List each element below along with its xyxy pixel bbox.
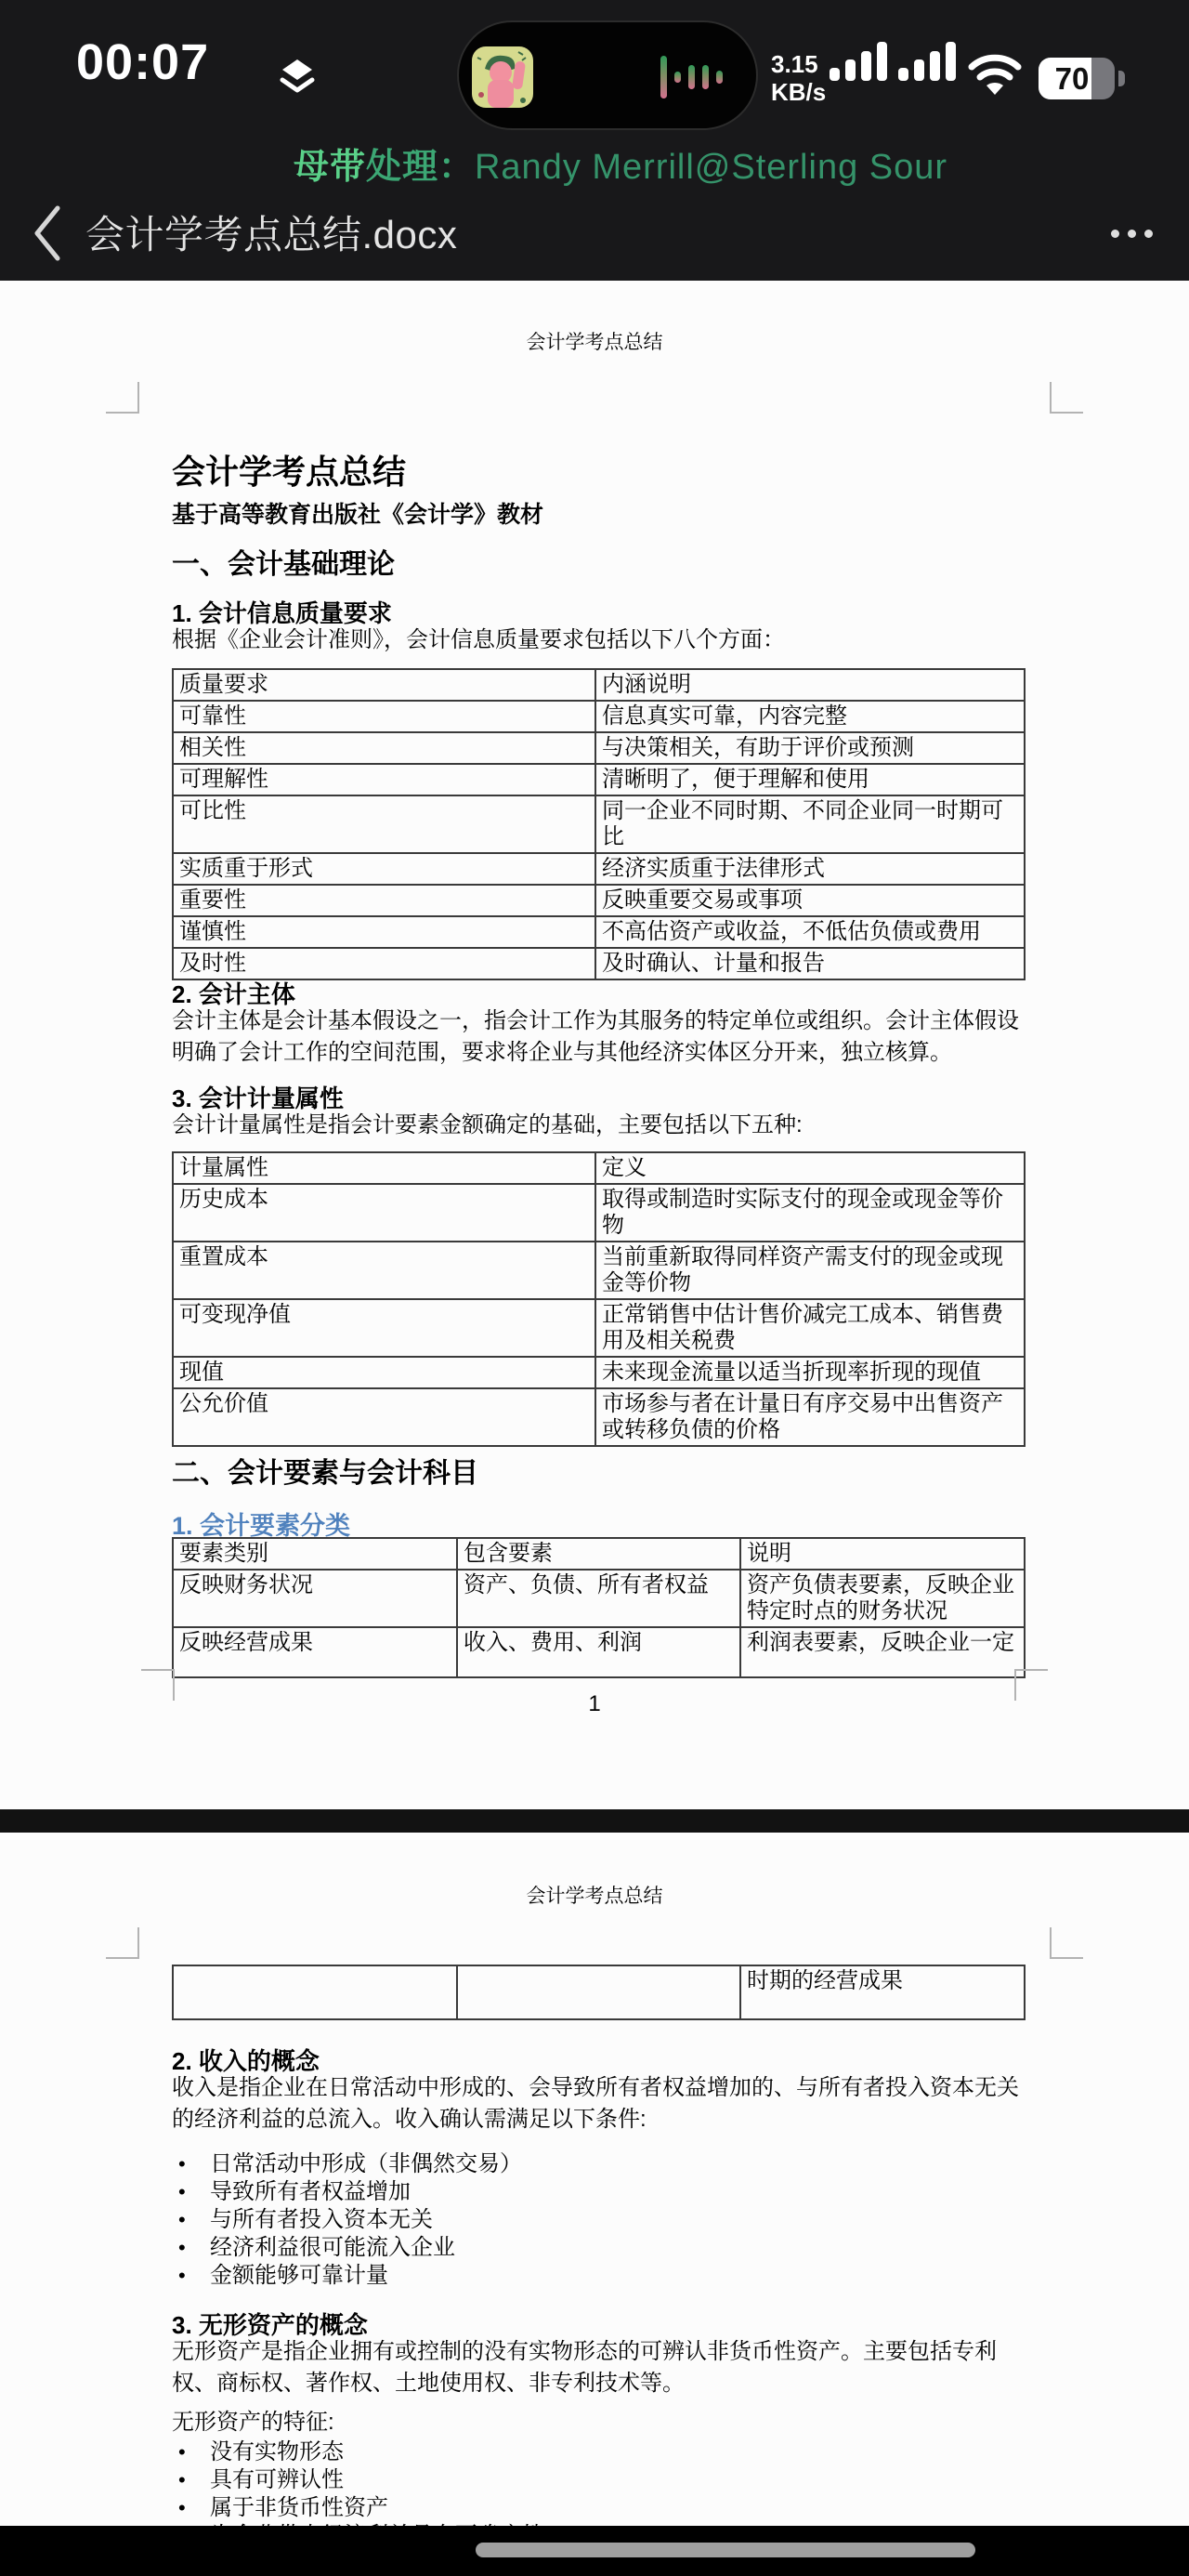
battery-percent-label: 70 bbox=[1039, 58, 1105, 99]
table-cell: 可理解性 bbox=[173, 764, 595, 795]
bullet-dot: • bbox=[178, 2206, 210, 2234]
table-cell: 反映重要交易或事项 bbox=[595, 885, 1025, 916]
table-cell: 质量要求 bbox=[173, 669, 595, 701]
table-cell: 现值 bbox=[173, 1357, 595, 1388]
bullet-dot: • bbox=[178, 2466, 210, 2494]
bottom-bar bbox=[0, 2526, 1189, 2576]
table-row: 质量要求内涵说明 bbox=[173, 669, 1025, 701]
running-header-page2: 会计学考点总结 bbox=[0, 1881, 1189, 1909]
list-item-text: 属于非货币性资产 bbox=[210, 2494, 388, 2522]
paragraph-revenue: 收入是指企业在日常活动中形成的、会导致所有者权益增加的、与所有者投入资本无关的经… bbox=[172, 2072, 1024, 2136]
measurement-attributes-table: 计量属性定义历史成本取得或制造时实际支付的现金或现金等价物重置成本当前重新取得同… bbox=[172, 1151, 1026, 1447]
list-item-text: 没有实物形态 bbox=[210, 2438, 344, 2466]
table-row: 可比性同一企业不同时期、不同企业同一时期可比 bbox=[173, 795, 1025, 853]
more-options-button[interactable] bbox=[1098, 210, 1165, 256]
table-cell: 取得或制造时实际支付的现金或现金等价物 bbox=[595, 1184, 1025, 1242]
table-cell: 相关性 bbox=[173, 732, 595, 764]
status-and-nav-area: 00:07 bbox=[0, 0, 1189, 281]
revenue-conditions-list: •日常活动中形成（非偶然交易）•导致所有者权益增加•与所有者投入资本无关•经济利… bbox=[178, 2150, 1024, 2290]
signal-bars-sim2-icon bbox=[898, 0, 956, 110]
list-item: •经济利益很可能流入企业 bbox=[178, 2234, 1024, 2262]
intangible-features-list: •没有实物形态•具有可辨认性•属于非货币性资产•为企业带来经济利益具有不确定性 bbox=[178, 2438, 1024, 2526]
paragraph-intangible: 无形资产是指企业拥有或控制的没有实物形态的可辨认非货币性资产。主要包括专利权、商… bbox=[172, 2336, 1024, 2399]
page-break-gap bbox=[0, 1809, 1189, 1833]
list-item-text: 经济利益很可能流入企业 bbox=[210, 2234, 455, 2262]
home-indicator[interactable] bbox=[476, 2543, 975, 2557]
table-cell: 实质重于形式 bbox=[173, 853, 595, 885]
marquee-segment-3: Randy Merrill@Sterling Sour bbox=[475, 148, 947, 187]
table-cell: 时期的经营成果 bbox=[740, 1965, 1025, 2019]
table-row: 公允价值市场参与者在计量日有序交易中出售资产或转移负债的价格 bbox=[173, 1388, 1025, 1446]
table-cell: 信息真实可靠，内容完整 bbox=[595, 701, 1025, 732]
table-cell: 资产、负债、所有者权益 bbox=[457, 1570, 740, 1627]
list-item: •金额能够可靠计量 bbox=[178, 2262, 1024, 2290]
table-row: 谨慎性不高估资产或收益，不低估负债或费用 bbox=[173, 916, 1025, 948]
marquee-segment-1: 母带 bbox=[294, 148, 366, 187]
elements-table-continued: 时期的经营成果 bbox=[172, 1965, 1026, 2020]
crop-mark-top-left bbox=[106, 382, 139, 414]
ellipsis-icon bbox=[1111, 230, 1119, 238]
table-cell: 及时确认、计量和报告 bbox=[595, 948, 1025, 979]
table-row: 及时性及时确认、计量和报告 bbox=[173, 948, 1025, 979]
table-row: 重要性反映重要交易或事项 bbox=[173, 885, 1025, 916]
table-cell: 当前重新取得同样资产需支付的现金或现金等价物 bbox=[595, 1242, 1025, 1299]
crop-mark-top-right-p2 bbox=[1050, 1927, 1083, 1959]
table-cell: 计量属性 bbox=[173, 1152, 595, 1184]
doc-title: 会计学考点总结 bbox=[172, 446, 406, 493]
table-row: 可理解性清晰明了，便于理解和使用 bbox=[173, 764, 1025, 795]
table-row: 反映经营成果收入、费用、利润利润表要素，反映企业一定 bbox=[173, 1627, 1025, 1677]
table-cell: 正常销售中估计售价减完工成本、销售费用及相关税费 bbox=[595, 1299, 1025, 1357]
list-item: •属于非货币性资产 bbox=[178, 2494, 1024, 2522]
album-art bbox=[472, 46, 533, 108]
clock-label: 00:07 bbox=[76, 33, 209, 91]
table-row: 时期的经营成果 bbox=[173, 1965, 1025, 2019]
bullet-dot: • bbox=[178, 2438, 210, 2466]
audio-waveform-icon bbox=[660, 22, 723, 132]
chevron-left-icon bbox=[28, 252, 67, 268]
crop-mark-top-left-p2 bbox=[106, 1927, 139, 1959]
table-cell: 收入、费用、利润 bbox=[457, 1627, 740, 1677]
table-cell: 可靠性 bbox=[173, 701, 595, 732]
table-cell: 反映经营成果 bbox=[173, 1627, 457, 1677]
document-title: 会计学考点总结.docx bbox=[85, 204, 457, 260]
bullet-dot: • bbox=[178, 2150, 210, 2178]
list-item-text: 日常活动中形成（非偶然交易） bbox=[210, 2150, 522, 2178]
paragraph-quality-intro: 根据《企业会计准则》，会计信息质量要求包括以下八个方面： bbox=[172, 624, 1024, 656]
layers-icon bbox=[279, 58, 316, 101]
wifi-icon bbox=[968, 54, 1022, 101]
network-speed-unit: KB/s bbox=[771, 78, 826, 106]
marquee-segment-2: 处理： bbox=[366, 148, 475, 187]
table-cell: 可比性 bbox=[173, 795, 595, 853]
table-cell bbox=[173, 1965, 457, 2019]
table-cell: 未来现金流量以适当折现率折现的现值 bbox=[595, 1357, 1025, 1388]
table-cell: 市场参与者在计量日有序交易中出售资产或转移负债的价格 bbox=[595, 1388, 1025, 1446]
section-heading-1: 一、会计基础理论 bbox=[172, 541, 395, 582]
table-cell: 及时性 bbox=[173, 948, 595, 979]
phone-screen: 00:07 bbox=[0, 0, 1189, 2576]
table-cell: 重置成本 bbox=[173, 1242, 595, 1299]
table-cell: 内涵说明 bbox=[595, 669, 1025, 701]
table-row: 相关性与决策相关，有助于评价或预测 bbox=[173, 732, 1025, 764]
bullet-dot: • bbox=[178, 2178, 210, 2206]
quality-requirements-table: 质量要求内涵说明可靠性信息真实可靠，内容完整相关性与决策相关，有助于评价或预测可… bbox=[172, 668, 1026, 980]
bullet-dot: • bbox=[178, 2262, 210, 2290]
table-row: 历史成本取得或制造时实际支付的现金或现金等价物 bbox=[173, 1184, 1025, 1242]
accounting-elements-table: 要素类别包含要素说明反映财务状况资产、负债、所有者权益资产负债表要素，反映企业特… bbox=[172, 1537, 1026, 1678]
list-item: •导致所有者权益增加 bbox=[178, 2178, 1024, 2206]
table-cell: 重要性 bbox=[173, 885, 595, 916]
table-cell: 资产负债表要素，反映企业特定时点的财务状况 bbox=[740, 1570, 1025, 1627]
battery-nub bbox=[1118, 71, 1125, 86]
doc-page-1[interactable]: 会计学考点总结 会计学考点总结 基于高等教育出版社《会计学》教材 一、会计基础理… bbox=[0, 281, 1189, 1809]
table-row: 重置成本当前重新取得同样资产需支付的现金或现金等价物 bbox=[173, 1242, 1025, 1299]
table-cell: 说明 bbox=[740, 1538, 1025, 1570]
list-item-text: 导致所有者权益增加 bbox=[210, 2178, 411, 2206]
table-cell: 不高估资产或收益，不低估负债或费用 bbox=[595, 916, 1025, 948]
table-row: 可变现净值正常销售中估计售价减完工成本、销售费用及相关税费 bbox=[173, 1299, 1025, 1357]
table-cell: 要素类别 bbox=[173, 1538, 457, 1570]
table-row: 反映财务状况资产、负债、所有者权益资产负债表要素，反映企业特定时点的财务状况 bbox=[173, 1570, 1025, 1627]
table-row: 要素类别包含要素说明 bbox=[173, 1538, 1025, 1570]
bullet-dot: • bbox=[178, 2494, 210, 2522]
intangible-features-label: 无形资产的特征: bbox=[172, 2407, 1024, 2438]
table-row: 实质重于形式经济实质重于法律形式 bbox=[173, 853, 1025, 885]
page-number: 1 bbox=[0, 1691, 1189, 1717]
list-item-text: 与所有者投入资本无关 bbox=[210, 2206, 433, 2234]
list-item-text: 金额能够可靠计量 bbox=[210, 2262, 388, 2290]
table-cell: 利润表要素，反映企业一定 bbox=[740, 1627, 1025, 1677]
running-header: 会计学考点总结 bbox=[0, 327, 1189, 355]
table-cell: 反映财务状况 bbox=[173, 1570, 457, 1627]
table-cell: 可变现净值 bbox=[173, 1299, 595, 1357]
network-speed-value: 3.15 bbox=[771, 50, 826, 78]
list-item: •没有实物形态 bbox=[178, 2438, 1024, 2466]
list-item: •具有可辨认性 bbox=[178, 2466, 1024, 2494]
dynamic-island-now-playing[interactable] bbox=[457, 20, 758, 130]
table-cell: 同一企业不同时期、不同企业同一时期可比 bbox=[595, 795, 1025, 853]
doc-subtitle: 基于高等教育出版社《会计学》教材 bbox=[172, 496, 543, 530]
paragraph-measurement-intro: 会计计量属性是指会计要素金额确定的基础，主要包括以下五种: bbox=[172, 1110, 1024, 1141]
list-item: •与所有者投入资本无关 bbox=[178, 2206, 1024, 2234]
table-cell bbox=[457, 1965, 740, 2019]
table-cell: 经济实质重于法律形式 bbox=[595, 853, 1025, 885]
table-row: 现值未来现金流量以适当折现率折现的现值 bbox=[173, 1357, 1025, 1388]
table-cell: 与决策相关，有助于评价或预测 bbox=[595, 732, 1025, 764]
nav-bar: 会计学考点总结.docx bbox=[0, 186, 1189, 281]
doc-page-2[interactable]: 会计学考点总结 时期的经营成果 2. 收入的概念 收入是指企业在日常活动中形成的… bbox=[0, 1833, 1189, 2526]
network-speed-indicator: 3.15 KB/s bbox=[771, 50, 826, 106]
back-button[interactable] bbox=[28, 203, 72, 264]
signal-bars-sim1-icon bbox=[830, 0, 887, 110]
table-cell: 谨慎性 bbox=[173, 916, 595, 948]
list-item-text: 具有可辨认性 bbox=[210, 2466, 344, 2494]
list-item: •日常活动中形成（非偶然交易） bbox=[178, 2150, 1024, 2178]
battery-indicator: 70 bbox=[1039, 58, 1115, 99]
bullet-dot: • bbox=[178, 2234, 210, 2262]
crop-mark-top-right bbox=[1050, 382, 1083, 414]
now-playing-marquee: 母带处理：Randy Merrill@Sterling Sour bbox=[26, 138, 1189, 189]
table-row: 可靠性信息真实可靠，内容完整 bbox=[173, 701, 1025, 732]
section-heading-2: 二、会计要素与会计科目 bbox=[172, 1450, 478, 1491]
table-row: 计量属性定义 bbox=[173, 1152, 1025, 1184]
table-cell: 定义 bbox=[595, 1152, 1025, 1184]
paragraph-entity: 会计主体是会计基本假设之一，指会计工作为其服务的特定单位或组织。会计主体假设明确… bbox=[172, 1005, 1024, 1069]
table-cell: 历史成本 bbox=[173, 1184, 595, 1242]
table-cell: 包含要素 bbox=[457, 1538, 740, 1570]
table-cell: 公允价值 bbox=[173, 1388, 595, 1446]
table-cell: 清晰明了，便于理解和使用 bbox=[595, 764, 1025, 795]
